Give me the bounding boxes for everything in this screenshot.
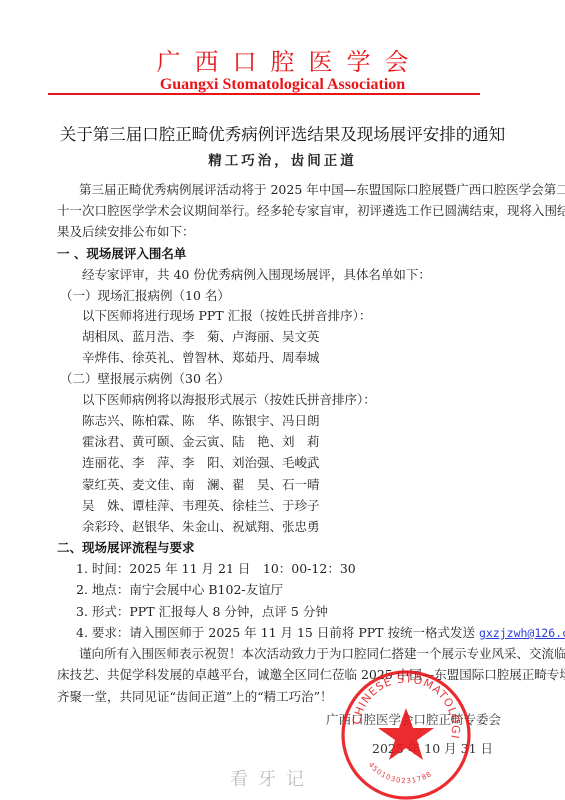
intro-line-1: 第三届正畸优秀病例展评活动将于 2025 年中国—东盟国际口腔展暨广西口腔医学会… bbox=[79, 179, 565, 200]
requirement-item-format: 3. 形式：PPT 汇报每人 8 分钟，点评 5 分钟 bbox=[76, 601, 328, 622]
sub1-names-row: 辛烨伟、徐英礼、曾智林、郑茹丹、周奉城 bbox=[82, 347, 320, 368]
sub2-names-row: 余彩玲、赵银华、朱金山、祝斌翔、张忠勇 bbox=[82, 516, 320, 537]
section1-summary: 经专家评审，共 40 份优秀病例入围现场展评，具体名单如下： bbox=[82, 264, 431, 285]
sub2-desc: 以下医师病例将以海报形式展示（按姓氏拼音排序）： bbox=[82, 389, 376, 410]
requirement-item-submission: 4. 要求：请入围医师于 2025 年 11 月 15 日前将 PPT 按统一格… bbox=[76, 622, 565, 644]
org-name-en: Guangxi Stomatological Association bbox=[0, 76, 565, 94]
notice-title: 关于第三届口腔正畸优秀病例评选结果及现场展评安排的通知 bbox=[0, 121, 565, 145]
notice-motto: 精工巧治，齿间正道 bbox=[0, 149, 565, 169]
requirement-item-location: 2. 地点：南宁会展中心 B102-友谊厅 bbox=[76, 579, 283, 600]
section2-heading: 二、现场展评流程与要求 bbox=[57, 537, 195, 558]
submission-text: 4. 要求：请入围医师于 2025 年 11 月 15 日前将 PPT 按统一格… bbox=[76, 625, 479, 640]
requirement-item-time: 1. 时间：2025 年 11 月 21 日 10：00-12：30 bbox=[76, 558, 356, 579]
closing-line-2: 床技艺、共促学科发展的卓越平台，诚邀全区同仁莅临 2025 中国—东盟国际口腔展… bbox=[57, 664, 565, 685]
official-seal-icon: CHINESE STOMATOLOGICAL GUANGXI 广西口腔医学会 4… bbox=[339, 668, 473, 800]
sub1-desc: 以下医师将进行现场 PPT 汇报（按姓氏拼音排序）： bbox=[82, 305, 371, 326]
intro-line-2: 十一次口腔医学学术会议期间举行。经多轮专家盲审，初评遴选工作已圆满结束，现将入围… bbox=[57, 200, 565, 221]
sub2-names-row: 蒙红英、麦文佳、南 澜、翟 昊、石一晴 bbox=[82, 474, 320, 495]
sub1-heading: （一）现场汇报病例（10 名） bbox=[60, 285, 230, 306]
email-link[interactable]: gxzjzwh@126.com bbox=[479, 626, 565, 640]
sub1-names-row: 胡相凤、蓝月浩、李 菊、卢海丽、吴文英 bbox=[82, 326, 320, 347]
svg-text:4501030231788: 4501030231788 bbox=[367, 761, 434, 785]
watermark-text: 看牙记 bbox=[230, 765, 314, 791]
intro-line-3: 果及后续安排公布如下： bbox=[57, 221, 195, 242]
sub2-names-row: 吴 姝、谭桂萍、韦理英、徐桂兰、于珍子 bbox=[82, 495, 320, 516]
org-name-cn: 广西口腔医学会 bbox=[0, 42, 565, 77]
section1-heading: 一 、现场展评入围名单 bbox=[57, 243, 186, 264]
header-divider bbox=[48, 93, 480, 95]
closing-line-3: 齐聚一堂，共同见证“齿间正道”上的“精工巧治”！ bbox=[57, 686, 333, 707]
closing-line-1: 谨向所有入围医师表示祝贺！本次活动致力于为口腔同仁搭建一个展示专业风采、交流临 bbox=[79, 643, 565, 664]
sub2-names-row: 霍泳君、黄可颐、金云寅、陆 艳、刘 莉 bbox=[82, 431, 320, 452]
sub2-names-row: 陈志兴、陈柏霖、陈 华、陈银宇、冯日朗 bbox=[82, 410, 320, 431]
sub2-names-row: 连丽花、李 萍、李 阳、刘治强、毛峻武 bbox=[82, 452, 320, 473]
sub2-heading: （二）壁报展示病例（30 名） bbox=[60, 368, 230, 389]
